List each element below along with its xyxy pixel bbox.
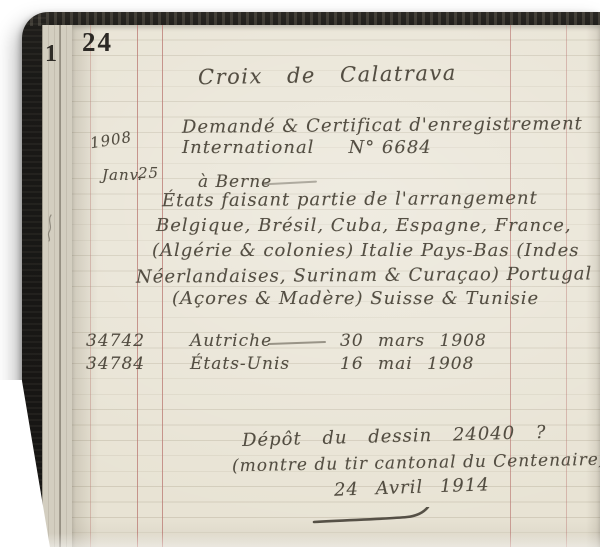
deposit-date: 24 Avril 1914 <box>334 474 490 500</box>
registration-row: 34784 États-Unis 16 mai 1908 <box>72 354 600 378</box>
edge-page-number: 1 <box>45 41 57 68</box>
signature-underline <box>312 507 432 527</box>
margin-date-day: 25 <box>138 164 159 182</box>
states-line: (Algérie & colonies) Italie Pays-Bas (In… <box>152 240 579 261</box>
registration-number: 34742 <box>86 331 145 351</box>
photo-background: 1 24 Croix de Calatrava Demandé & Certif… <box>0 0 600 547</box>
page-edge-line <box>59 25 61 547</box>
page-edges: 1 <box>42 25 75 547</box>
ledger-book: 1 24 Croix de Calatrava Demandé & Certif… <box>22 12 600 547</box>
request-line: Demandé & Certificat d'enregistrement <box>182 113 583 137</box>
states-line: (Açores & Madère) Suisse & Tunisie <box>172 288 539 309</box>
registry-line: InternationalN° 6684 <box>182 137 432 158</box>
registration-date: 16 mai 1908 <box>340 354 474 374</box>
cover-spine-texture <box>22 12 600 26</box>
registration-country: Autriche <box>190 331 272 351</box>
ledger-page: 24 Croix de Calatrava Demandé & Certific… <box>72 25 600 547</box>
deposit-note: (montre du tir cantonal du Centenaire) <box>232 450 600 477</box>
registration-row: 34742 Autriche 30 mars 1908 <box>72 331 600 355</box>
registration-country: États-Unis <box>190 354 290 374</box>
margin-date-month: Janv. <box>102 166 143 184</box>
stray-ink-mark <box>45 213 55 243</box>
registry-number: N° 6684 <box>348 137 431 158</box>
deposit-line: Dépôt du dessin 24040 ? <box>242 422 547 451</box>
page-number: 24 <box>82 27 113 58</box>
registration-date: 30 mars 1908 <box>340 331 487 351</box>
registry-label: International <box>182 137 314 158</box>
margin-date-year: 1908 <box>89 128 133 152</box>
registration-number: 34784 <box>86 354 145 374</box>
states-line: Néerlandaises, Surinam & Curaçao) Portug… <box>136 263 592 287</box>
states-line: Belgique, Brésil, Cuba, Espagne, France, <box>156 215 572 236</box>
states-intro: États faisant partie de l'arrangement <box>162 188 538 212</box>
entry-title: Croix de Calatrava <box>198 61 457 90</box>
ruled-line-vertical <box>90 25 91 547</box>
